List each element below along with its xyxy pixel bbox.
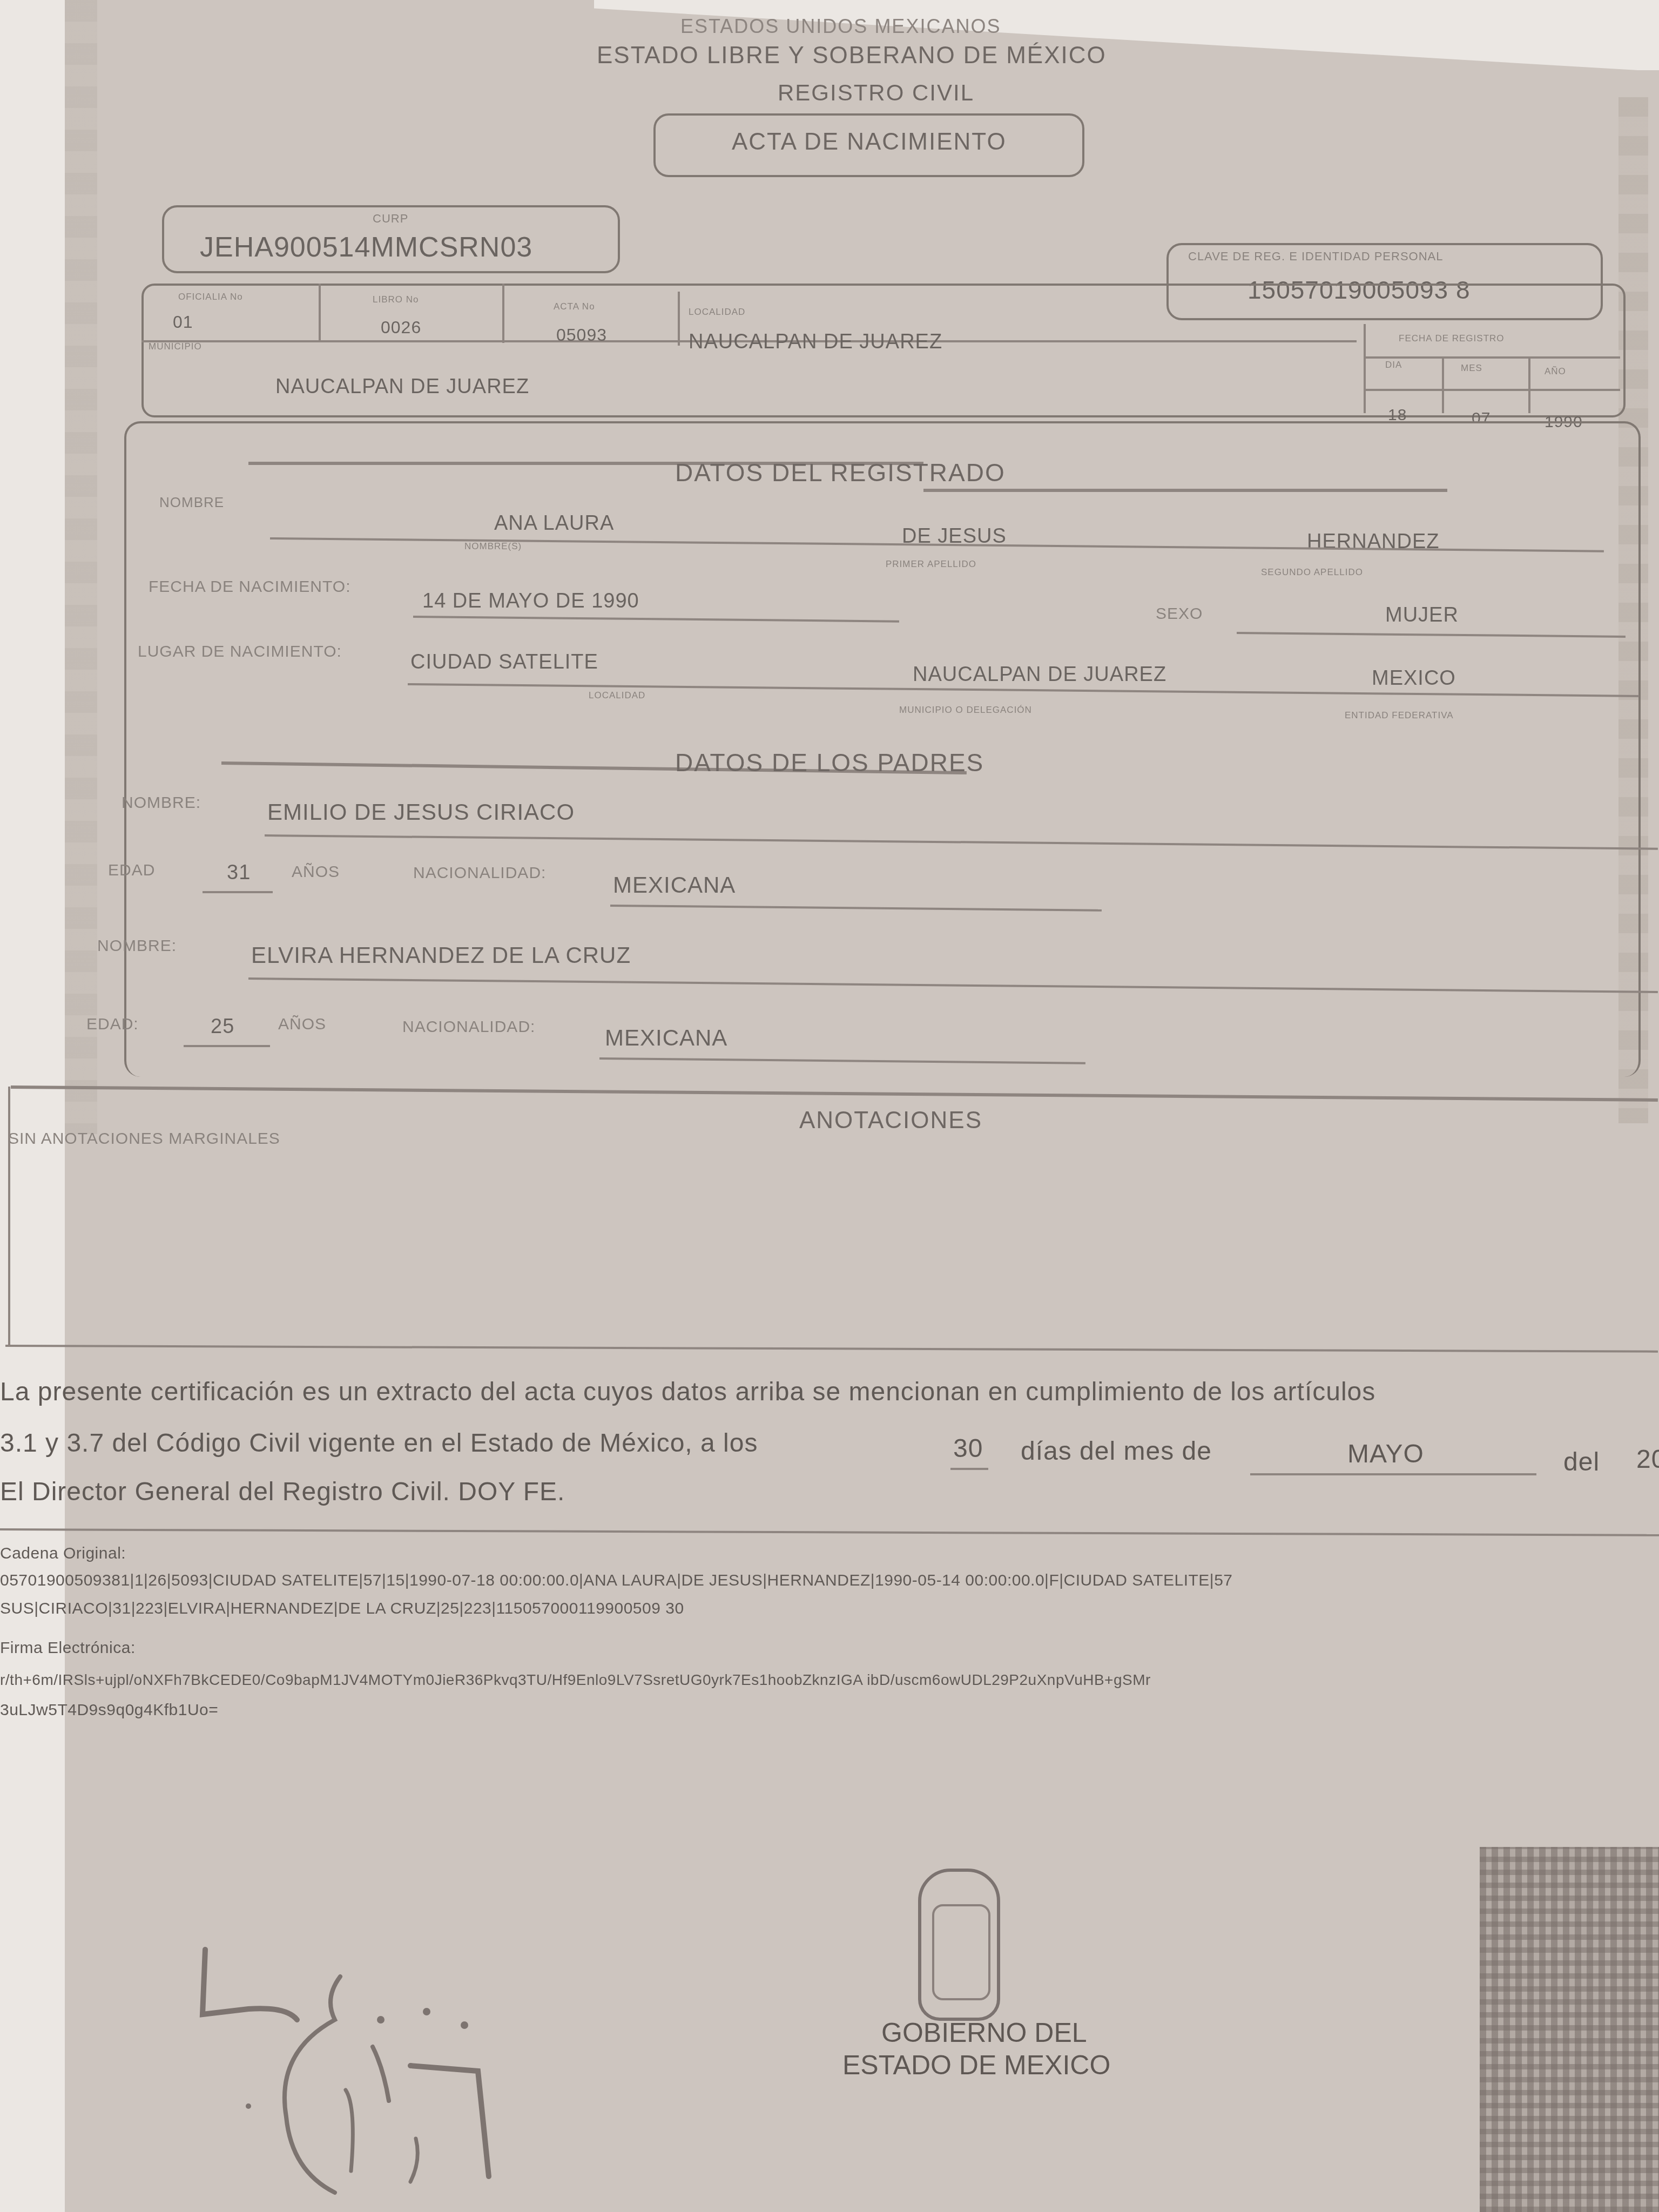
nombre-label: NOMBRE <box>159 494 224 511</box>
security-border-left <box>65 0 97 1134</box>
sexo-label: SEXO <box>1156 605 1203 623</box>
lugar-localidad-sublabel: LOCALIDAD <box>589 690 645 701</box>
padre-edad-rule <box>203 891 273 893</box>
dia-label: DIA <box>1385 360 1402 370</box>
acta-label: ACTA No <box>554 301 595 312</box>
fecha-divider <box>1364 356 1620 359</box>
padre-nacionalidad-label: NACIONALIDAD: <box>413 864 546 882</box>
certificacion-dias: 30 <box>953 1434 983 1464</box>
certificacion-line3: El Director General del Registro Civil. … <box>0 1477 565 1507</box>
certificacion-anio: 20 <box>1636 1445 1659 1474</box>
anotaciones-border <box>8 1087 10 1346</box>
curp-value: JEHA900514MMCSRN03 <box>200 231 532 264</box>
mes-rule <box>1250 1473 1536 1475</box>
firma-label: Firma Electrónica: <box>0 1639 136 1657</box>
clave-label: CLAVE DE REG. E IDENTIDAD PERSONAL <box>1188 249 1443 264</box>
localidad-label: LOCALIDAD <box>689 307 745 318</box>
cadena-line1: 05701900509381|1|26|5093|CIUDAD SATELITE… <box>0 1572 1659 1590</box>
firma-line2: 3uLJw5T4D9s9q0g4Kfb1Uo= <box>0 1701 218 1719</box>
oficialia-value: 01 <box>173 312 193 332</box>
country-heading: ESTADOS UNIDOS MEXICANOS <box>680 15 1001 38</box>
padre-nacionalidad-value: MEXICANA <box>613 872 736 898</box>
gobierno-line1: GOBIERNO DEL <box>881 2017 1087 2048</box>
padre-anios-label: AÑOS <box>292 863 340 881</box>
madre-edad-rule <box>184 1045 270 1047</box>
state-seal-icon <box>918 1869 1000 2021</box>
primer-apellido-sublabel: PRIMER APELLIDO <box>886 559 976 570</box>
gobierno-line2: ESTADO DE MEXICO <box>842 2049 1110 2081</box>
fecha-divider <box>1364 389 1620 391</box>
certificacion-line2-mid: días del mes de <box>1021 1437 1212 1466</box>
lugar-localidad-value: CIUDAD SATELITE <box>410 651 598 674</box>
oficialia-label: OFICIALIA No <box>178 292 243 302</box>
dias-rule <box>950 1468 988 1470</box>
anotaciones-text: SIN ANOTACIONES MARGINALES <box>8 1130 280 1148</box>
padres-section-title: DATOS DE LOS PADRES <box>675 748 984 777</box>
municipio-value: NAUCALPAN DE JUAREZ <box>275 375 529 399</box>
registrado-section-title: DATOS DEL REGISTRADO <box>675 458 1006 487</box>
municipio-label: MUNICIPIO <box>149 341 202 352</box>
curp-label: CURP <box>373 212 408 226</box>
section-rule <box>923 489 1447 492</box>
fecha-registro-label: FECHA DE REGISTRO <box>1399 333 1505 344</box>
document-title: ACTA DE NACIMIENTO <box>732 129 1007 156</box>
anotaciones-title: ANOTACIONES <box>799 1107 982 1134</box>
col-divider <box>319 284 321 340</box>
lugar-label: LUGAR DE NACIMIENTO: <box>138 643 342 661</box>
fecha-nac-value: 14 DE MAYO DE 1990 <box>422 590 639 613</box>
madre-edad-label: EDAD: <box>86 1015 139 1034</box>
firma-line1: r/th+6m/IRSls+ujpl/oNXFh7BkCEDE0/Co9bapM… <box>0 1671 1659 1689</box>
acta-value: 05093 <box>556 325 607 345</box>
lugar-municipio-sublabel: MUNICIPIO O DELEGACIÓN <box>899 705 1032 716</box>
padre-edad-value: 31 <box>227 861 251 885</box>
fecha-nac-label: FECHA DE NACIMIENTO: <box>149 578 351 596</box>
madre-nacionalidad-value: MEXICANA <box>605 1025 727 1051</box>
col-divider <box>502 284 504 343</box>
col-divider <box>678 292 680 346</box>
libro-label: LIBRO No <box>373 294 419 305</box>
lugar-entidad-sublabel: ENTIDAD FEDERATIVA <box>1345 710 1454 721</box>
nombres-sublabel: NOMBRE(S) <box>464 541 522 552</box>
signature-scribble <box>194 1944 680 2203</box>
certificacion-line1: La presente certificación es un extracto… <box>0 1377 1375 1407</box>
madre-nacionalidad-label: NACIONALIDAD: <box>402 1018 535 1036</box>
segundo-apellido-sublabel: SEGUNDO APELLIDO <box>1261 567 1363 578</box>
cadena-line2: SUS|CIRIACO|31|223|ELVIRA|HERNANDEZ|DE L… <box>0 1600 684 1618</box>
nombres-value: ANA LAURA <box>494 512 614 535</box>
col-divider <box>1528 356 1530 413</box>
padre-nombre-label: NOMBRE: <box>122 794 201 812</box>
cadena-label: Cadena Original: <box>0 1545 126 1563</box>
libro-value: 0026 <box>381 318 421 338</box>
lugar-entidad-value: MEXICO <box>1372 667 1456 690</box>
office-heading: REGISTRO CIVIL <box>778 80 974 106</box>
madre-edad-value: 25 <box>211 1015 234 1038</box>
madre-anios-label: AÑOS <box>278 1015 326 1034</box>
padre-edad-label: EDAD <box>108 861 155 880</box>
certificacion-line2-prefix: 3.1 y 3.7 del Código Civil vigente en el… <box>0 1428 758 1458</box>
certificacion-mes: MAYO <box>1347 1439 1424 1469</box>
qr-code <box>1480 1847 1659 2212</box>
padre-nombre-value: EMILIO DE JESUS CIRIACO <box>267 799 575 825</box>
state-heading: ESTADO LIBRE Y SOBERANO DE MÉXICO <box>597 42 1107 69</box>
sexo-value: MUJER <box>1385 604 1459 627</box>
madre-nombre-value: ELVIRA HERNANDEZ DE LA CRUZ <box>251 942 631 968</box>
col-divider <box>1442 356 1444 413</box>
col-divider <box>1364 324 1366 413</box>
lugar-municipio-value: NAUCALPAN DE JUAREZ <box>913 663 1166 686</box>
localidad-value: NAUCALPAN DE JUAREZ <box>689 331 942 354</box>
certificacion-del: del <box>1563 1447 1600 1477</box>
anio-label: AÑO <box>1545 366 1566 377</box>
mes-label: MES <box>1461 363 1482 374</box>
madre-nombre-label: NOMBRE: <box>97 937 177 955</box>
